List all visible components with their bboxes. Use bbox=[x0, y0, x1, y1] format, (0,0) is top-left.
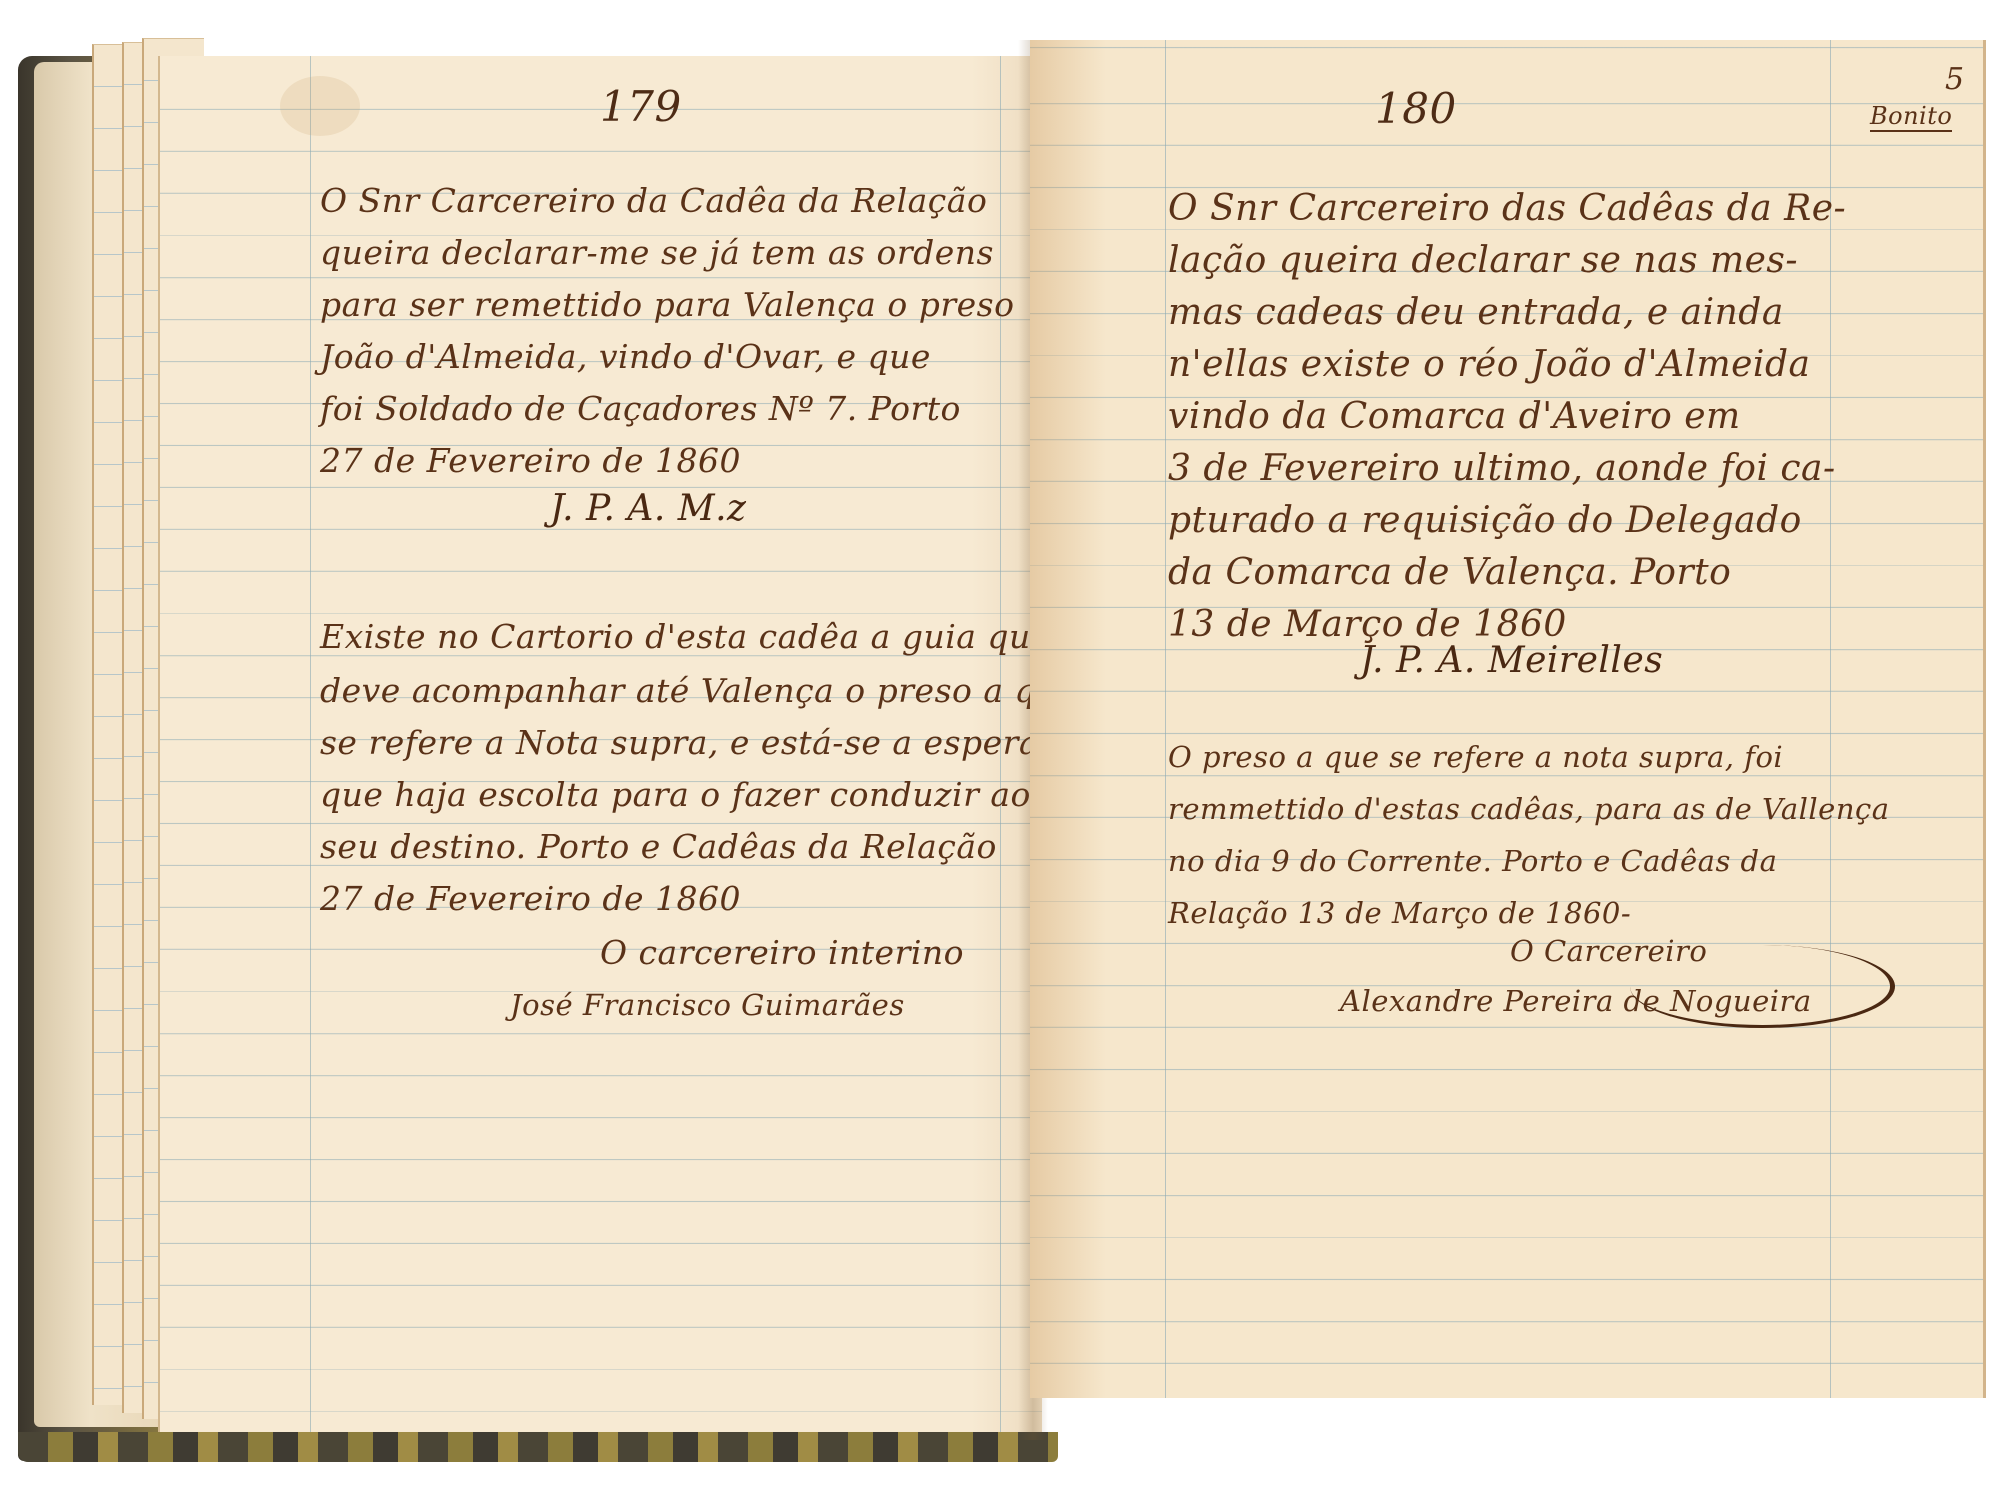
text-line: remmettido d'estas cadêas, para as de Va… bbox=[1168, 788, 1890, 830]
text-line: Relação 13 de Março de 1860- bbox=[1168, 892, 1631, 934]
text-line: O Snr Carcereiro da Cadêa da Relação bbox=[320, 180, 987, 222]
text-line: João d'Almeida, vindo d'Ovar, e que bbox=[320, 336, 931, 378]
text-line: 3 de Fevereiro ultimo, aonde foi ca- bbox=[1168, 448, 1836, 490]
text-line: lação queira declarar se nas mes- bbox=[1168, 240, 1798, 282]
text-line: pturado a requisição do Delegado bbox=[1168, 500, 1802, 542]
text-line: Existe no Cartorio d'esta cadêa a guia q… bbox=[320, 616, 1051, 658]
signature-flourish bbox=[1630, 945, 1895, 1028]
text-line: no dia 9 do Corrente. Porto e Cadêas da bbox=[1168, 840, 1777, 882]
book-cover-bottom-edge bbox=[18, 1432, 1058, 1462]
folio-number: 5 bbox=[1945, 62, 1965, 97]
text-line: n'ellas existe o réo João d'Almeida bbox=[1168, 344, 1810, 386]
text-line: se refere a Nota supra, e está-se a espe… bbox=[320, 722, 1039, 764]
text-line: 27 de Fevereiro de 1860 bbox=[320, 878, 741, 920]
text-line: 27 de Fevereiro de 1860 bbox=[320, 440, 741, 482]
text-line: mas cadeas deu entrada, e ainda bbox=[1168, 292, 1784, 334]
signature-initials: J. P. A. M.z bbox=[550, 488, 747, 529]
right-margin-rule bbox=[1830, 40, 1831, 1398]
left-margin-rule bbox=[310, 56, 311, 1432]
text-line: da Comarca de Valença. Porto bbox=[1168, 552, 1731, 594]
page-number: 180 bbox=[1375, 84, 1457, 133]
text-line: O preso a que se refere a nota supra, fo… bbox=[1168, 736, 1783, 778]
text-line: para ser remettido para Valença o preso bbox=[320, 284, 1014, 326]
text-line: seu destino. Porto e Cadêas da Relação bbox=[320, 826, 997, 868]
right-page: 180 5 Bonito O Snr Carcereiro das Cadêas… bbox=[1030, 40, 1986, 1398]
page-number: 179 bbox=[600, 82, 682, 131]
text-line: deve acompanhar até Valença o preso a qu… bbox=[320, 670, 1078, 712]
signature: José Francisco Guimarães bbox=[510, 984, 905, 1026]
signature: J. P. A. Meirelles bbox=[1360, 640, 1663, 681]
text-line: O Snr Carcereiro das Cadêas da Re- bbox=[1168, 188, 1846, 230]
text-line: queira declarar-me se já tem as ordens bbox=[320, 232, 994, 274]
text-line: foi Soldado de Caçadores Nº 7. Porto bbox=[320, 388, 961, 430]
left-margin-rule bbox=[1165, 40, 1166, 1398]
margin-note: Bonito bbox=[1870, 102, 1952, 132]
text-line: que haja escolta para o fazer conduzir a… bbox=[320, 774, 1031, 816]
left-page: 179 O Snr Carcereiro da Cadêa da Relação… bbox=[158, 56, 1042, 1432]
paper-stain bbox=[280, 76, 360, 136]
text-line: vindo da Comarca d'Aveiro em bbox=[1168, 396, 1741, 438]
closing-title: O carcereiro interino bbox=[600, 932, 964, 974]
